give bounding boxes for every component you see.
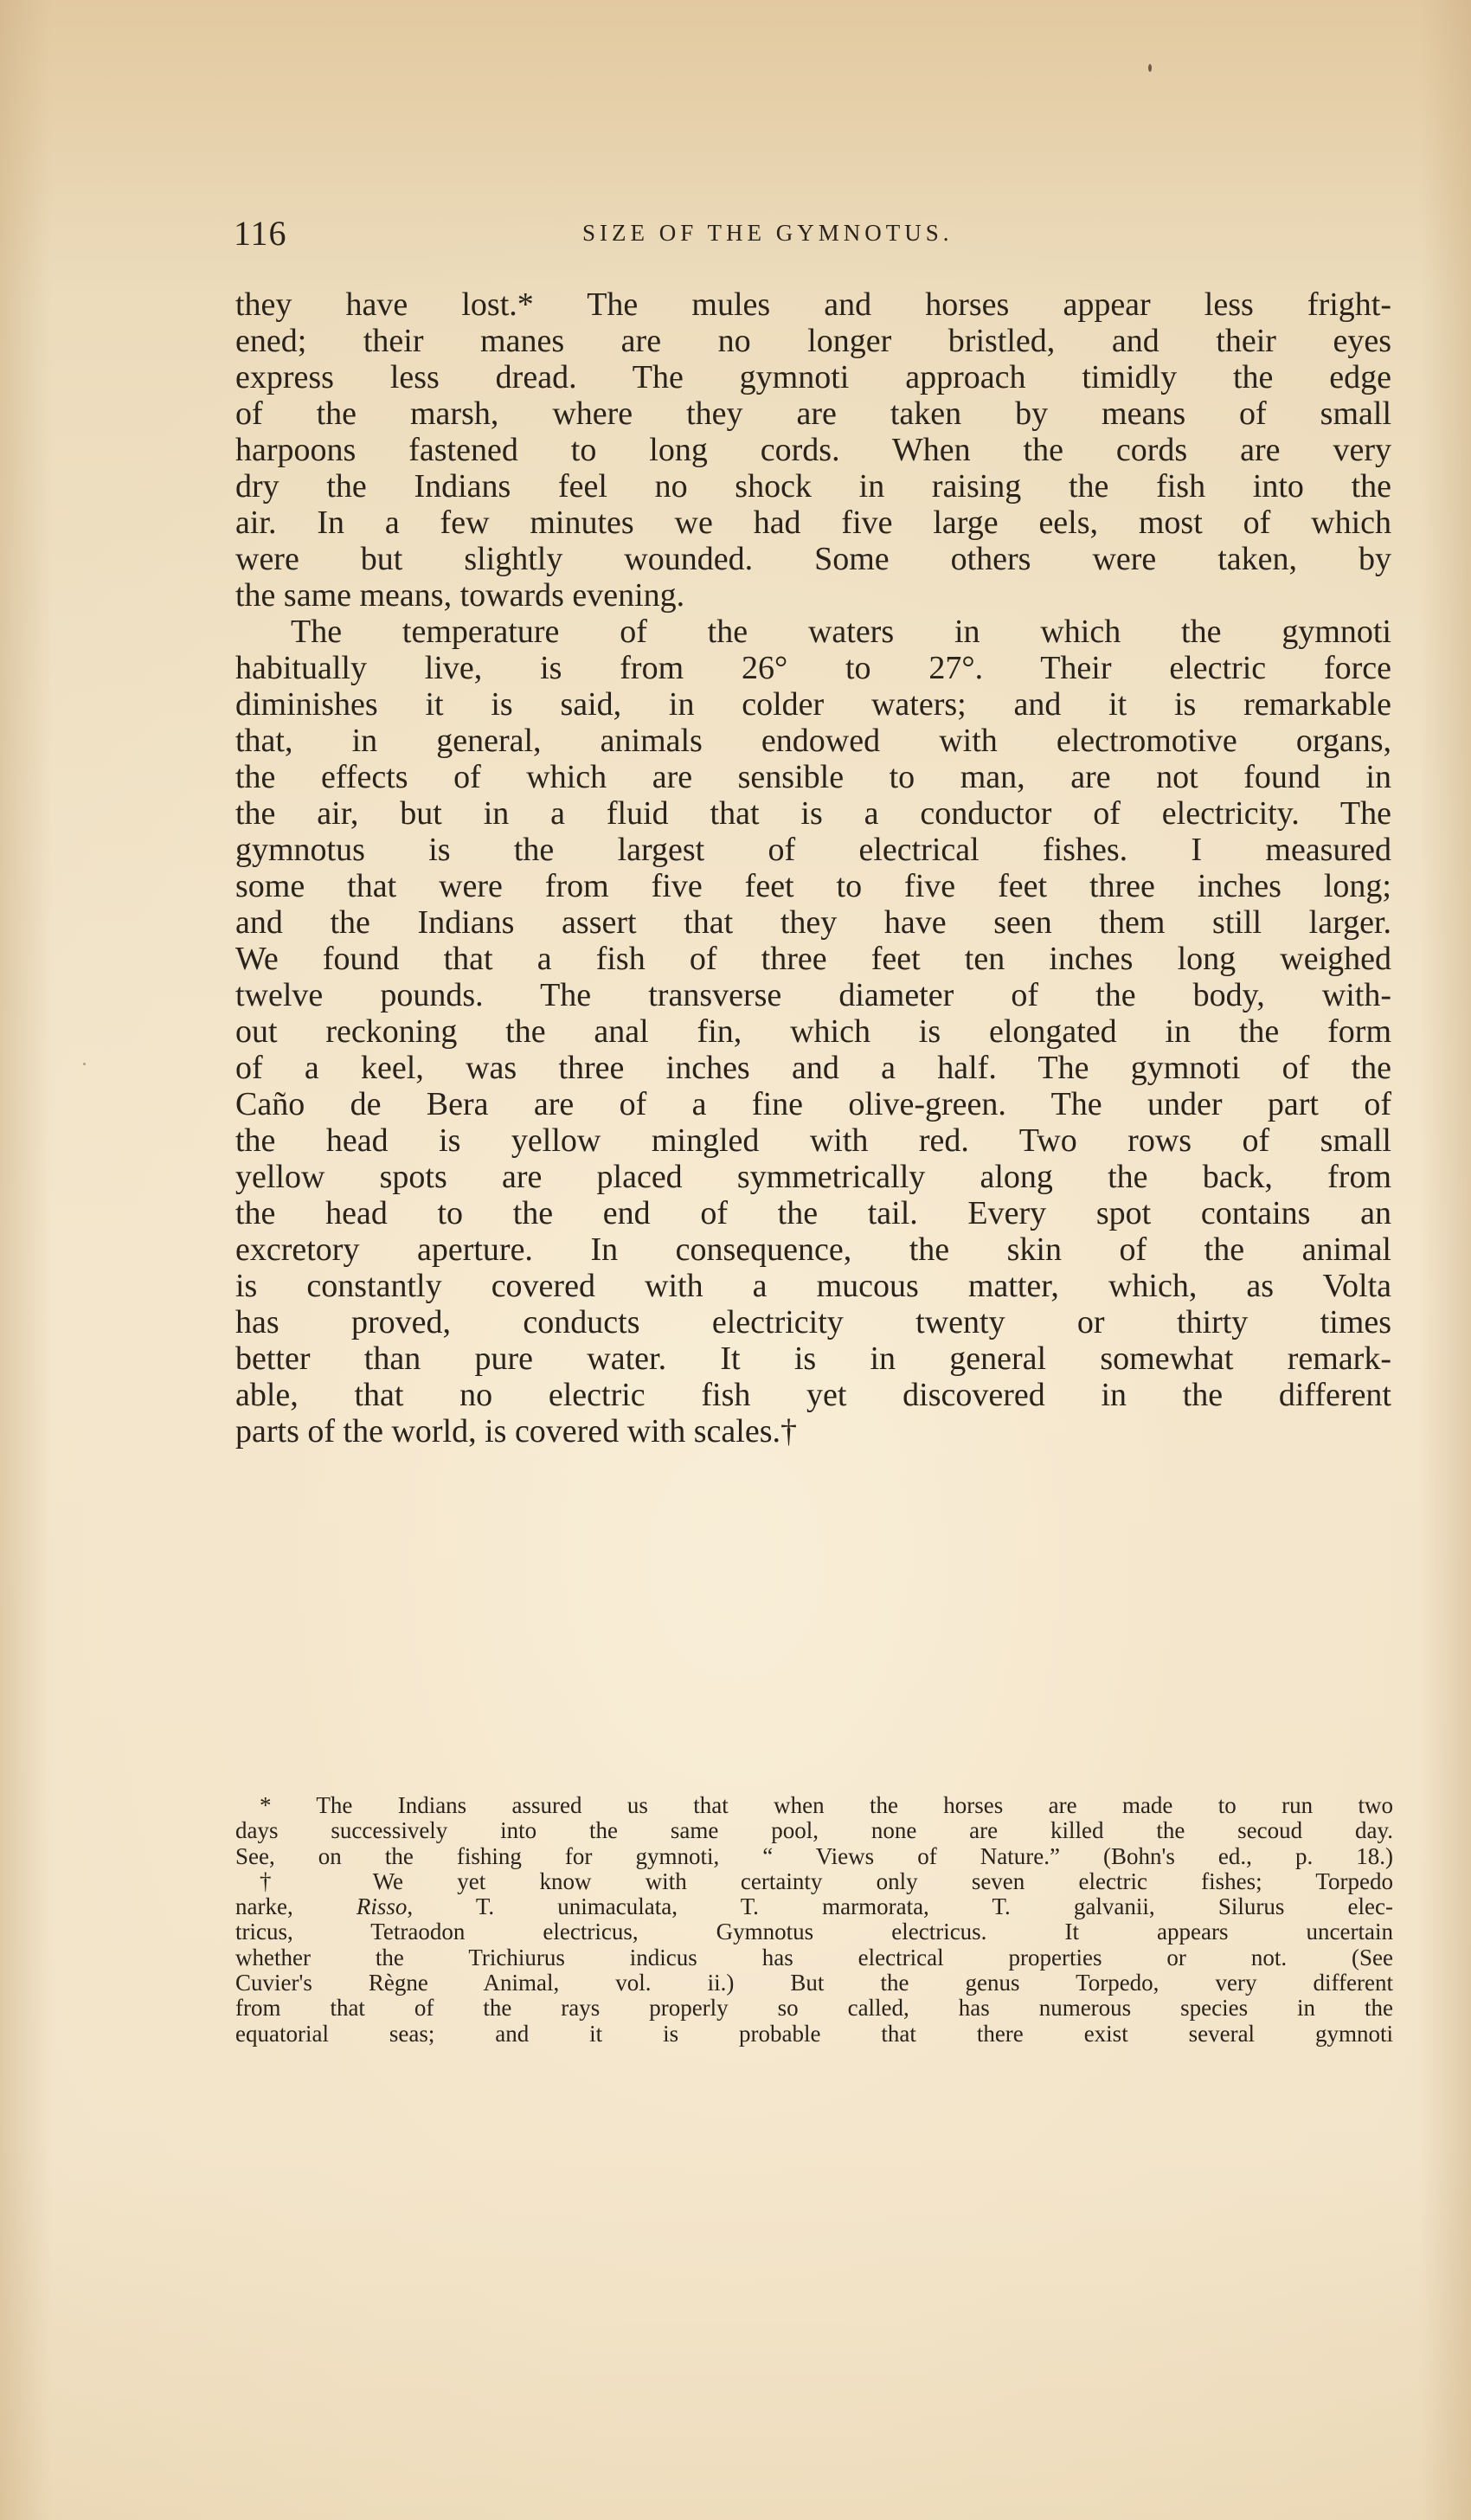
text-line: twelve pounds. The transverse diameter o…	[235, 977, 1391, 1013]
text-line: We found that a fish of three feet ten i…	[235, 941, 1391, 977]
text-line: were but slightly wounded. Some others w…	[235, 541, 1391, 577]
footnote-line: days successively into the same pool, no…	[235, 1818, 1393, 1843]
footnote-text: narke,	[235, 1893, 357, 1919]
footnote-italic-author: Risso	[357, 1893, 408, 1919]
text-line: of a keel, was three inches and a half. …	[235, 1050, 1391, 1086]
text-line: out reckoning the anal fin, which is elo…	[235, 1013, 1391, 1050]
text-line: dry the Indians feel no shock in raising…	[235, 468, 1391, 505]
footnote-line: * The Indians assured us that when the h…	[235, 1793, 1393, 1818]
text-line: able, that no electric fish yet discover…	[235, 1377, 1391, 1413]
page-edge-shadow-left	[0, 0, 52, 2520]
text-line: diminishes it is said, in colder waters;…	[235, 686, 1391, 723]
footnotes: * The Indians assured us that when the h…	[235, 1793, 1393, 2047]
text-line: that, in general, animals endowed with e…	[235, 723, 1391, 759]
text-line: better than pure water. It is in general…	[235, 1340, 1391, 1377]
footnote-asterisk: * The Indians assured us that when the h…	[235, 1793, 1393, 1869]
body-text: they have lost.* The mules and horses ap…	[235, 286, 1391, 1450]
text-line: is constantly covered with a mucous matt…	[235, 1268, 1391, 1304]
text-line: express less dread. The gymnoti approach…	[235, 359, 1391, 395]
footnote-line: equatorial seas; and it is probable that…	[235, 2022, 1393, 2047]
text-line: parts of the world, is covered with scal…	[235, 1413, 1391, 1450]
footnote-line: from that of the rays properly so called…	[235, 1996, 1393, 2021]
running-title: SIZE OF THE GYMNOTUS.	[582, 220, 954, 247]
text-line: the head is yellow mingled with red. Two…	[235, 1122, 1391, 1159]
page-number: 116	[234, 213, 287, 254]
footnote-line: narke, Risso, T. unimaculata, T. marmora…	[235, 1894, 1393, 1919]
footnote-line: tricus, Tetraodon electricus, Gymnotus e…	[235, 1919, 1393, 1945]
text-line: excretory aperture. In consequence, the …	[235, 1231, 1391, 1268]
page-edge-shadow-right	[1419, 0, 1471, 2520]
paragraph-1: they have lost.* The mules and horses ap…	[235, 286, 1391, 614]
paragraph-2: The temperature of the waters in which t…	[235, 614, 1391, 1450]
text-line: the air, but in a fluid that is a conduc…	[235, 795, 1391, 832]
footnote-dagger: † We yet know with certainty only seven …	[235, 1869, 1393, 2047]
text-line: Caño de Bera are of a fine olive-green. …	[235, 1086, 1391, 1122]
book-page: 116 SIZE OF THE GYMNOTUS. they have lost…	[0, 0, 1471, 2520]
footnote-text: , T. unimaculata, T. marmorata, T. galva…	[407, 1893, 1393, 1919]
running-head: 116 SIZE OF THE GYMNOTUS.	[234, 213, 1393, 256]
paper-speck	[83, 1063, 86, 1065]
footnote-line: See, on the fishing for gymnoti, “ Views…	[235, 1844, 1393, 1869]
footnote-line: whether the Trichiurus indicus has elect…	[235, 1945, 1393, 1970]
text-line: the effects of which are sensible to man…	[235, 759, 1391, 795]
text-line: harpoons fastened to long cords. When th…	[235, 432, 1391, 468]
text-line: of the marsh, where they are taken by me…	[235, 395, 1391, 432]
footnote-line: † We yet know with certainty only seven …	[235, 1869, 1393, 1894]
text-line: yellow spots are placed symmetrically al…	[235, 1159, 1391, 1195]
text-line: the same means, towards evening.	[235, 577, 1391, 614]
paper-speck	[1148, 64, 1152, 72]
text-line: ened; their manes are no longer bristled…	[235, 323, 1391, 359]
text-line: and the Indians assert that they have se…	[235, 904, 1391, 941]
text-line: The temperature of the waters in which t…	[235, 614, 1391, 650]
text-line: gymnotus is the largest of electrical fi…	[235, 832, 1391, 868]
text-line: has proved, conducts electricity twenty …	[235, 1304, 1391, 1340]
text-line: habitually live, is from 26° to 27°. The…	[235, 650, 1391, 686]
text-line: the head to the end of the tail. Every s…	[235, 1195, 1391, 1231]
footnote-line: Cuvier's Règne Animal, vol. ii.) But the…	[235, 1970, 1393, 1996]
text-line: they have lost.* The mules and horses ap…	[235, 286, 1391, 323]
text-line: some that were from five feet to five fe…	[235, 868, 1391, 904]
text-line: air. In a few minutes we had five large …	[235, 505, 1391, 541]
